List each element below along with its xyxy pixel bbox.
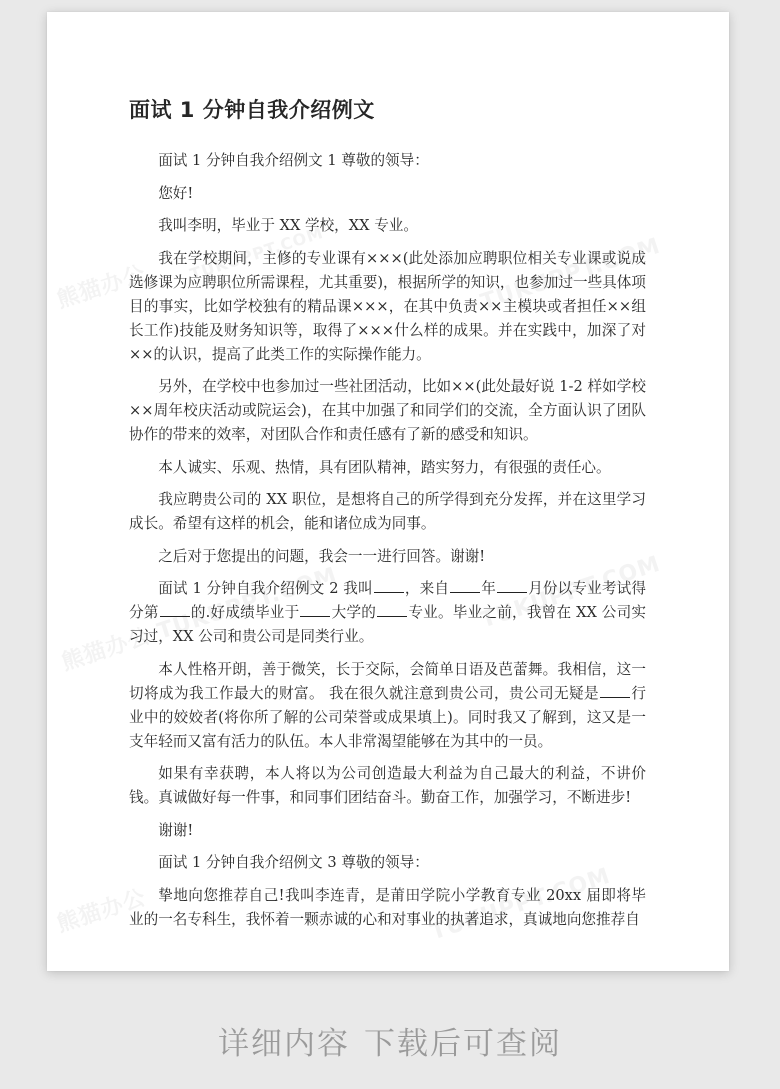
text-segment: 本人性格开朗，善于微笑，长于交际，会简单日语及芭蕾舞。我相信，这一切将成为我工作… <box>129 661 646 702</box>
fill-blank <box>377 602 407 617</box>
paragraph: 之后对于您提出的问题，我会一一进行回答。谢谢! <box>129 545 646 569</box>
paragraph: 谢谢! <box>129 819 646 843</box>
document-page: 熊猫办公 TUKUPPT.COM TUKUPPT.COM 熊猫办公 TUKUPP… <box>47 12 729 971</box>
fill-blank <box>450 578 480 593</box>
paragraph: 我叫李明，毕业于 XX 学校，XX 专业。 <box>129 214 646 238</box>
paragraph: 您好! <box>129 182 646 206</box>
paragraph: 另外，在学校中也参加过一些社团活动，比如××(此处最好说 1-2 样如学校××周… <box>129 375 646 447</box>
text-segment: 年 <box>481 580 496 597</box>
fill-blank <box>160 602 190 617</box>
paragraph: 面试 1 分钟自我介绍例文 3 尊敬的领导： <box>129 851 646 875</box>
fill-blank <box>300 602 330 617</box>
text-segment: 面试 1 分钟自我介绍例文 2 我叫 <box>158 580 373 597</box>
text-segment: 的.好成绩毕业于 <box>191 604 300 621</box>
paragraph-example-2-personality: 本人性格开朗，善于微笑，长于交际，会简单日语及芭蕾舞。我相信，这一切将成为我工作… <box>129 658 646 754</box>
document-title: 面试 1 分钟自我介绍例文 <box>129 94 375 124</box>
paragraph: 面试 1 分钟自我介绍例文 1 尊敬的领导： <box>129 149 646 173</box>
paragraph: 我在学校期间，主修的专业课有×××(此处添加应聘职位相关专业课或说成选修课为应聘… <box>129 247 646 367</box>
fill-blank <box>497 578 527 593</box>
text-segment: ，来自 <box>405 580 449 597</box>
paragraph: 我应聘贵公司的 XX 职位，是想将自己的所学得到充分发挥，并在这里学习成长。希望… <box>129 488 646 536</box>
paragraph: 本人诚实、乐观、热情，具有团队精神，踏实努力，有很强的责任心。 <box>129 456 646 480</box>
paragraph: 如果有幸获聘，本人将以为公司创造最大利益为自己最大的利益，不讲价钱。真诚做好每一… <box>129 762 646 810</box>
document-body: 面试 1 分钟自我介绍例文 1 尊敬的领导： 您好! 我叫李明，毕业于 XX 学… <box>129 149 646 940</box>
paragraph-example-2-intro: 面试 1 分钟自我介绍例文 2 我叫，来自年月份以专业考试得分第的.好成绩毕业于… <box>129 577 646 649</box>
download-hint-part2: 下载后可查阅 <box>364 1018 562 1063</box>
download-hint: 详细内容下载后可查阅 <box>0 1018 780 1063</box>
download-hint-part1: 详细内容 <box>218 1018 350 1063</box>
fill-blank <box>600 683 630 698</box>
text-segment: 大学的 <box>331 604 376 621</box>
paragraph: 挚地向您推荐自己!我叫李连青，是莆田学院小学教育专业 20xx 届即将毕业的一名… <box>129 884 646 932</box>
fill-blank <box>374 578 404 593</box>
